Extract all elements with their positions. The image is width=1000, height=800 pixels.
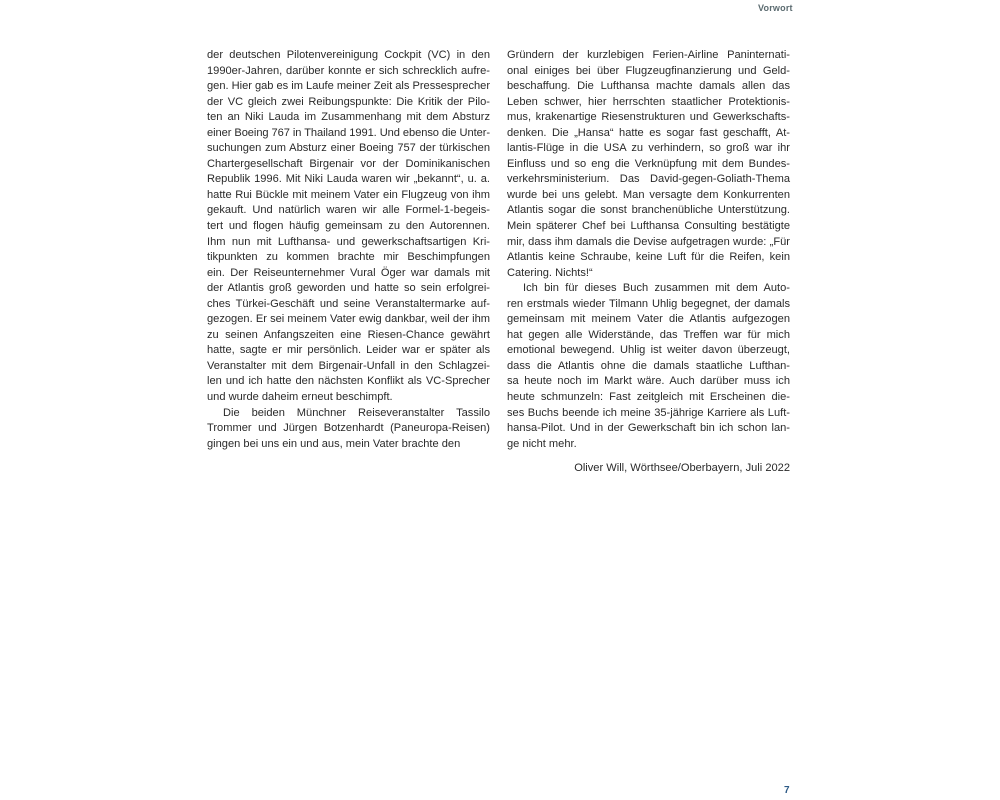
text-line: tikpunkten zu kommen brachte mir Beschim… xyxy=(207,250,490,266)
text-line: Veranstalter mit dem Birgenair-Unfall in… xyxy=(207,359,490,375)
text-line: Ihm nun mit Lufthansa- und gewerkschafts… xyxy=(207,235,490,251)
text-line: ein. Der Reiseunternehmer Vural Öger war… xyxy=(207,266,490,282)
text-line: mus, krakenartige Riesenstrukturen und G… xyxy=(507,110,790,126)
text-line: gen. Hier gab es im Laufe meiner Zeit al… xyxy=(207,79,490,95)
text-line: ten an Niki Lauda im Zusammenhang mit de… xyxy=(207,110,490,126)
text-line: Catering. Nichts!“ xyxy=(507,266,790,282)
text-line: Mein späterer Chef bei Lufthansa Consult… xyxy=(507,219,790,235)
text-line: sa heute noch im Markt wäre. Auch darübe… xyxy=(507,374,790,390)
text-line: gingen bei uns ein und aus, mein Vater b… xyxy=(207,437,490,453)
page-number: 7 xyxy=(784,785,790,796)
text-line: Atlantis sogar die sonst branchenübliche… xyxy=(507,203,790,219)
text-line: 1990er-Jahren, darüber konnte er sich sc… xyxy=(207,64,490,80)
text-line: beschaffung. Die Lufthansa machte damals… xyxy=(507,79,790,95)
text-line: Einfluss und so eng die Verknüpfung mit … xyxy=(507,157,790,173)
text-line: lantis-Flüge in die USA zu verhindern, s… xyxy=(507,141,790,157)
text-line: ren erstmals wieder Tilmann Uhlig begegn… xyxy=(507,297,790,313)
text-line: tert und flogen häufig gemeinsam zu den … xyxy=(207,219,490,235)
text-line: verkehrsministerium. Das David-gegen-Gol… xyxy=(507,172,790,188)
text-line: Ich bin für dieses Buch zusammen mit dem… xyxy=(507,281,790,297)
text-line: und wurde daheim erneut beschimpft. xyxy=(207,390,490,406)
text-line: der Atlantis groß geworden und hatte so … xyxy=(207,281,490,297)
text-line: hat gegen alle Widerstände, das Treffen … xyxy=(507,328,790,344)
text-line: dass die Atlantis ohne die damals staatl… xyxy=(507,359,790,375)
text-column-left: der deutschen Pilotenvereinigung Cockpit… xyxy=(207,48,490,452)
text-line: zu seinen Anfangszeiten eine Riesen-Chan… xyxy=(207,328,490,344)
text-line: Chartergesellschaft Birgenair vor der Do… xyxy=(207,157,490,173)
text-line: ge nicht mehr. xyxy=(507,437,790,453)
text-line: denken. Die „Hansa“ hatte es sogar fast … xyxy=(507,126,790,142)
text-line: hansa-Pilot. Und in der Gewerkschaft bin… xyxy=(507,421,790,437)
text-line: ches Türkei-Geschäft und seine Veranstal… xyxy=(207,297,490,313)
text-line: gemeinsam mit meinem Vater die Atlantis … xyxy=(507,312,790,328)
author-signature: Oliver Will, Wörthsee/Oberbayern, Juli 2… xyxy=(507,461,790,477)
text-line: gezogen. Er sei meinem Vater ewig dankba… xyxy=(207,312,490,328)
text-line: der deutschen Pilotenvereinigung Cockpit… xyxy=(207,48,490,64)
text-line: onal einiges bei über Flugzeugfinanzieru… xyxy=(507,64,790,80)
text-line: Republik 1996. Mit Niki Lauda waren wir … xyxy=(207,172,490,188)
text-column-right: Gründern der kurzlebigen Ferien-Airline … xyxy=(507,48,790,477)
running-head: Vorwort xyxy=(758,3,793,13)
text-line: emotional bewegend. Uhlig ist weiter dav… xyxy=(507,343,790,359)
text-line: len und ich hatte den nächsten Konflikt … xyxy=(207,374,490,390)
text-line: Gründern der kurzlebigen Ferien-Airline … xyxy=(507,48,790,64)
text-line: hatte, sagte er mir persönlich. Leider w… xyxy=(207,343,490,359)
text-line: Trommer und Jürgen Botzenhardt (Paneurop… xyxy=(207,421,490,437)
text-line: ses Buchs beende ich meine 35-jährige Ka… xyxy=(507,406,790,422)
text-line: wurde bei uns gelebt. Man versagte dem K… xyxy=(507,188,790,204)
text-line: der VC gleich zwei Reibungspunkte: Die K… xyxy=(207,95,490,111)
text-line: einer Boeing 767 in Thailand 1991. Und e… xyxy=(207,126,490,142)
text-line: mir, dass ihm damals die Devise aufgetra… xyxy=(507,235,790,251)
text-line: suchungen zum Absturz einer Boeing 757 d… xyxy=(207,141,490,157)
text-line: hatte Rui Bückle mit meinem Vater ein Fl… xyxy=(207,188,490,204)
text-line: heute schmunzeln: Fast zeitgleich mit Er… xyxy=(507,390,790,406)
text-line: gekauft. Und natürlich waren wir alle Fo… xyxy=(207,203,490,219)
text-line: Die beiden Münchner Reiseveranstalter Ta… xyxy=(207,406,490,422)
text-line: Leben schwer, hier herrschten staatliche… xyxy=(507,95,790,111)
text-line: Atlantis keine Schraube, keine Luft für … xyxy=(507,250,790,266)
